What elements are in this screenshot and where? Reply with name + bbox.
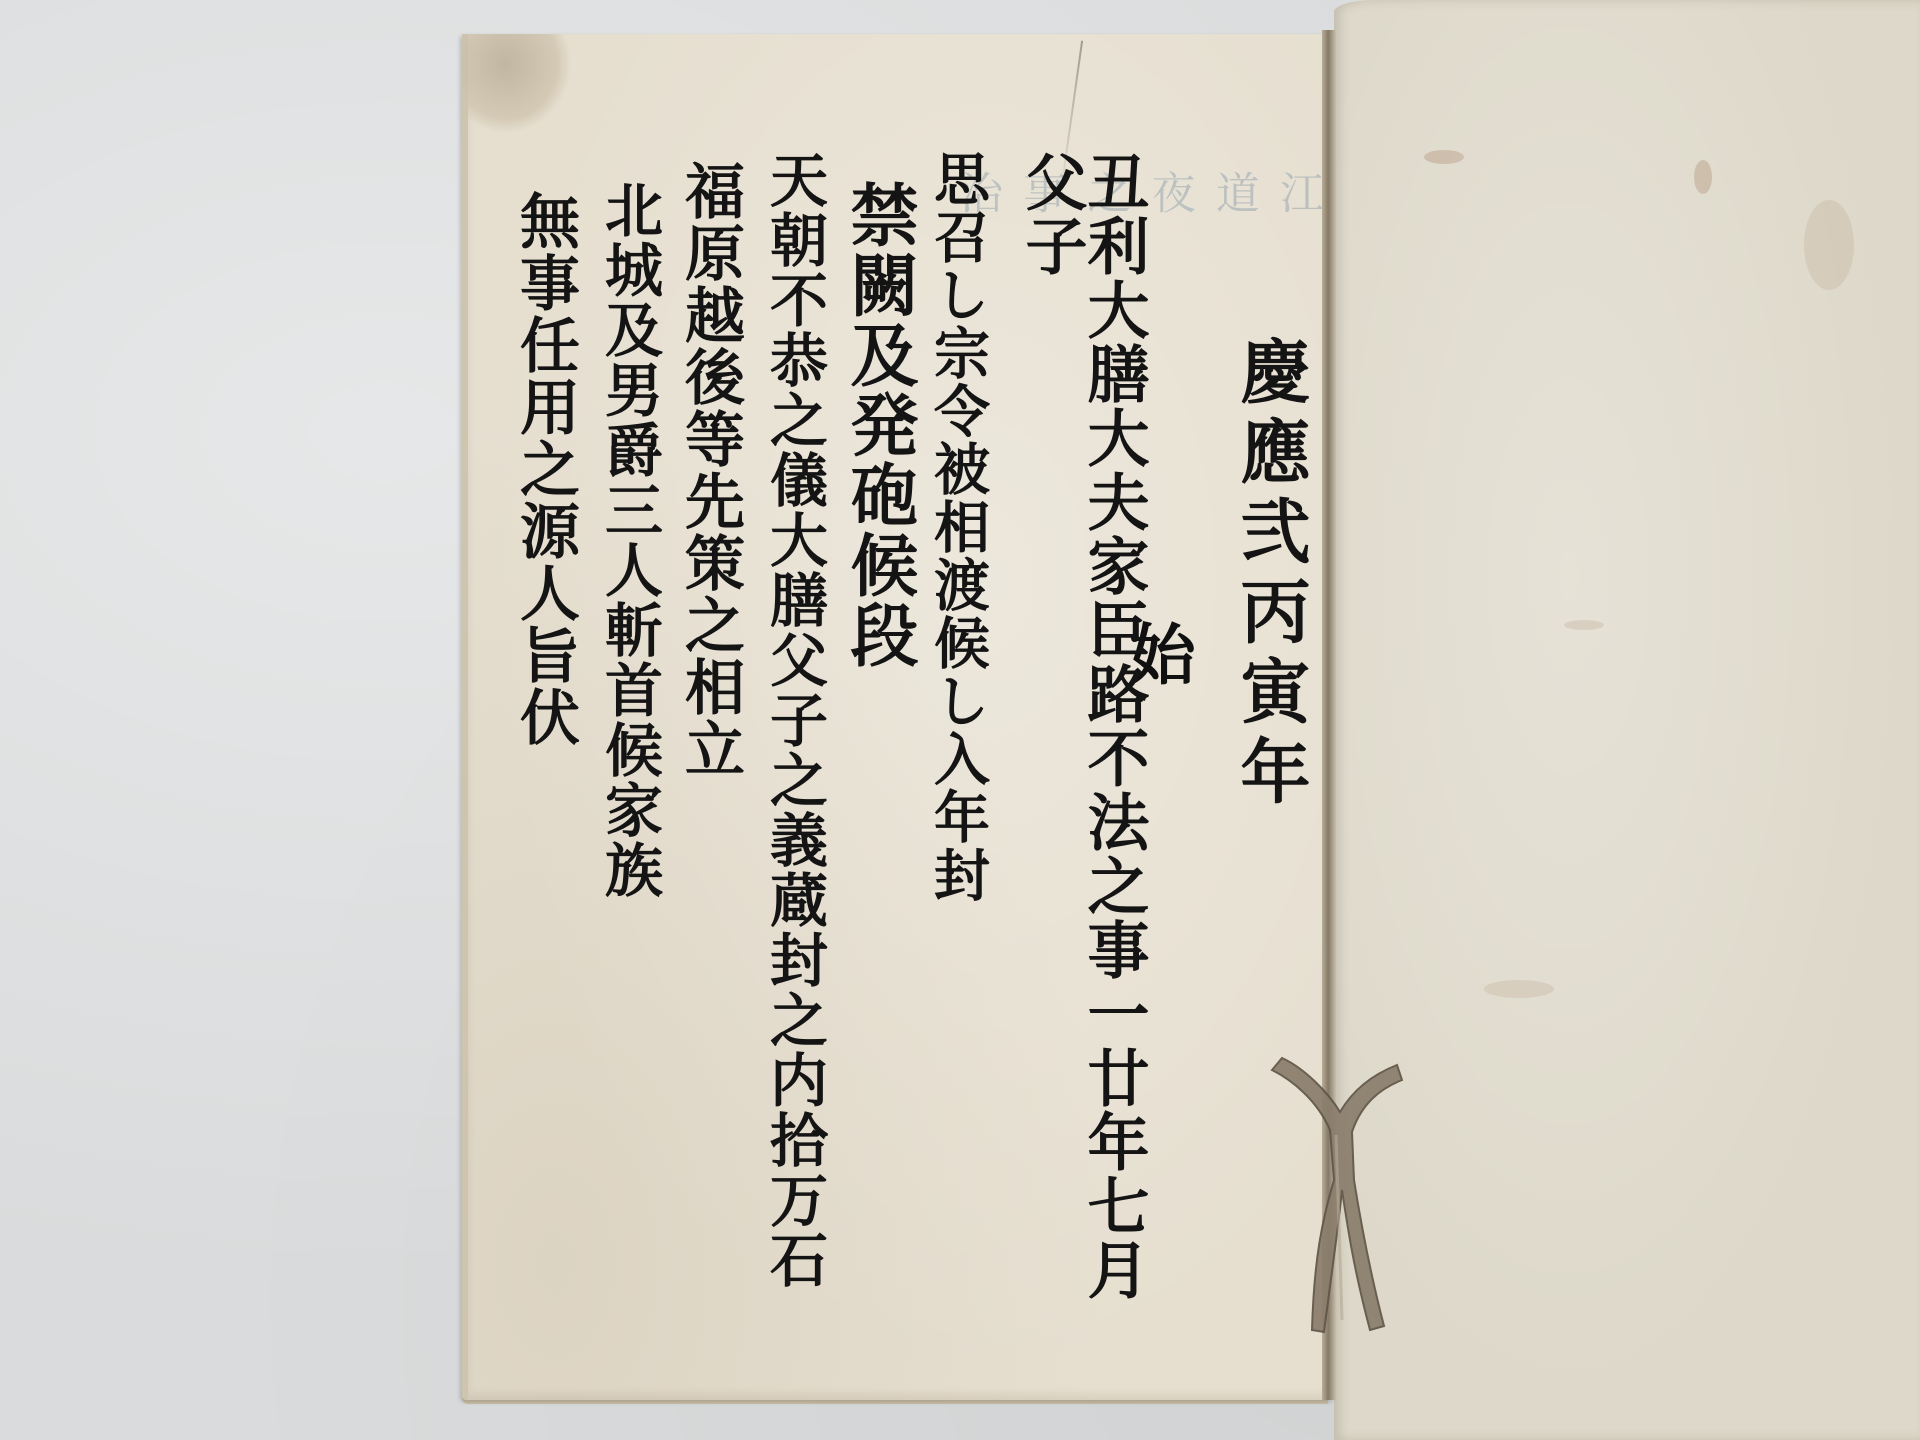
text-column-4: 天朝不恭之儀大膳父子之義蔵封之内拾万石	[765, 150, 823, 1290]
text-column-2: 思召し宗令被相渡候し入年封	[930, 150, 986, 904]
text-column-5: 福原越後等先策之相立	[680, 160, 740, 780]
stain	[1564, 620, 1604, 630]
stain	[1424, 150, 1464, 164]
text-column-1: 丑利大膳大夫家臣路不法之事一廿年七月父子	[1020, 150, 1144, 1360]
stain	[1484, 980, 1554, 998]
open-book: 江 道 夜 之 事 治 慶應弐丙寅年 始 丑利大膳大夫家臣路不法之事一廿年七月父…	[0, 0, 1920, 1440]
stain	[1694, 160, 1712, 194]
paper-twist-binding-icon	[1262, 1040, 1412, 1340]
text-column-3: 禁闕及発砲候段	[845, 180, 913, 670]
text-column-7: 無事任用之源人旨伏	[515, 190, 575, 748]
manuscript-body: 丑利大膳大夫家臣路不法之事一廿年七月父子 思召し宗令被相渡候し入年封 禁闕及発砲…	[500, 140, 1300, 1360]
damaged-corner	[462, 34, 572, 134]
text-column-6: 北城及男爵三人斬首候家族	[600, 180, 658, 900]
stain	[1804, 200, 1854, 290]
right-page	[1334, 0, 1920, 1440]
